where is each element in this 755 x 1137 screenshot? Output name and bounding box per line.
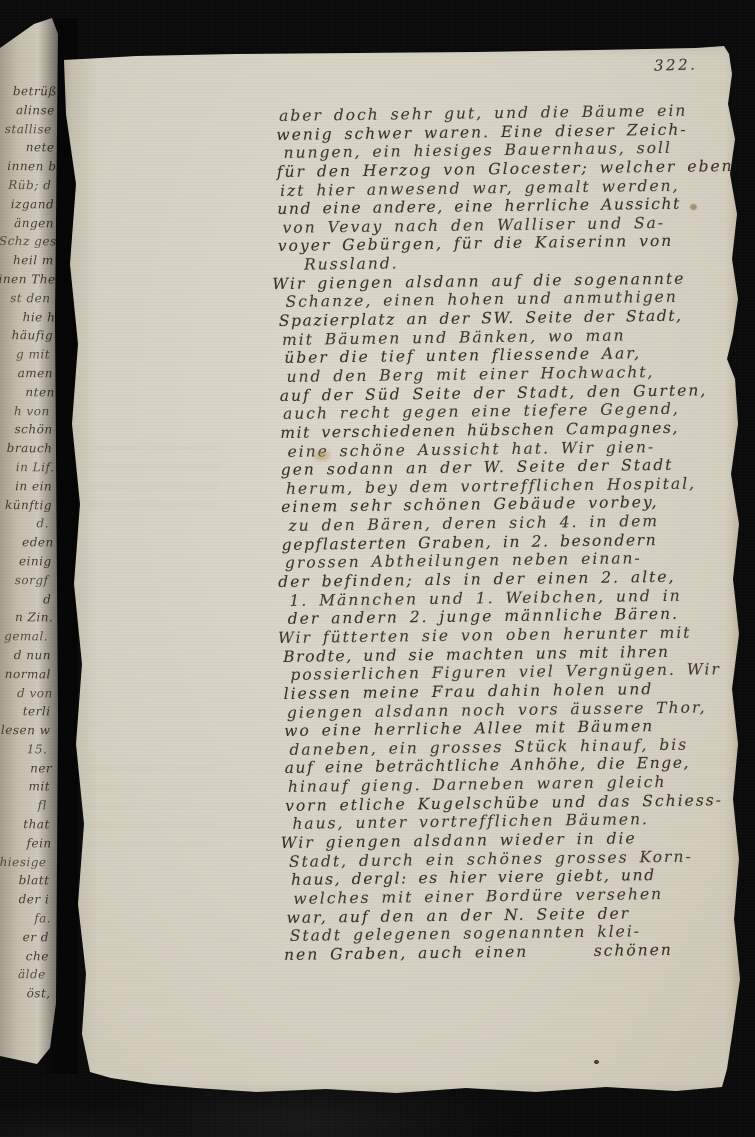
scanned-manuscript-view: { "scan": { "background_color": "#0a0a0b…: [0, 0, 755, 1137]
ink-show-through: [86, 756, 216, 846]
ink-speck: [594, 1060, 599, 1064]
manuscript-page: 322. aber doch sehr gut, und die Bäume e…: [56, 44, 740, 1096]
manuscript-text-block: aber doch sehr gut, und die Bäume einwen…: [276, 101, 755, 965]
book-gutter-shadow: [38, 18, 78, 1074]
page-number: 322.: [654, 55, 698, 74]
ink-show-through: [90, 436, 220, 506]
